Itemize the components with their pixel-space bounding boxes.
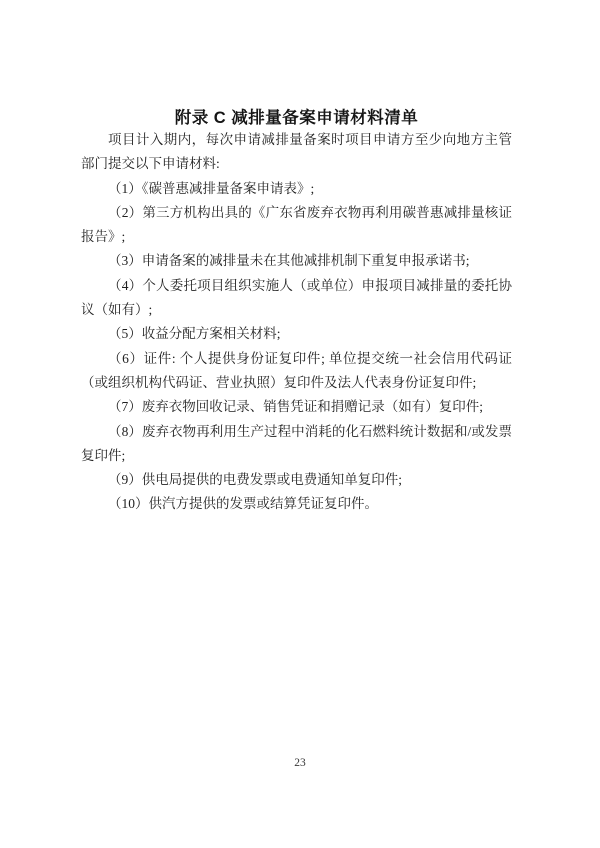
- material-item-10: （10）供汽方提供的发票或结算凭证复印件。: [81, 492, 512, 516]
- material-item-7: （7）废弃衣物回收记录、销售凭证和捐赠记录（如有）复印件;: [81, 395, 512, 419]
- appendix-title: 附录 C 减排量备案申请材料清单: [81, 108, 512, 128]
- material-item-2: （2）第三方机构出具的《广东省废弃衣物再利用碳普惠减排量核证报告》;: [81, 201, 512, 250]
- page-number: 23: [0, 757, 600, 769]
- material-item-9: （9）供电局提供的电费发票或电费通知单复印件;: [81, 468, 512, 492]
- material-item-5: （5）收益分配方案相关材料;: [81, 322, 512, 346]
- document-content: 附录 C 减排量备案申请材料清单 项目计入期内，每次申请减排量备案时项目申请方至…: [81, 0, 512, 517]
- intro-paragraph: 项目计入期内，每次申请减排量备案时项目申请方至少向地方主管部门提交以下申请材料:: [81, 128, 512, 177]
- material-item-3: （3）申请备案的减排量未在其他减排机制下重复申报承诺书;: [81, 249, 512, 273]
- material-item-4: （4）个人委托项目组织实施人（或单位）申报项目减排量的委托协议（如有）;: [81, 274, 512, 323]
- material-item-1: （1）《碳普惠减排量备案申请表》;: [81, 177, 512, 201]
- material-item-8: （8）废弃衣物再利用生产过程中消耗的化石燃料统计数据和/或发票复印件;: [81, 420, 512, 469]
- material-item-6: （6）证件: 个人提供身份证复印件; 单位提交统一社会信用代码证（或组织机构代码…: [81, 347, 512, 396]
- document-page: 附录 C 减排量备案申请材料清单 项目计入期内，每次申请减排量备案时项目申请方至…: [0, 0, 600, 848]
